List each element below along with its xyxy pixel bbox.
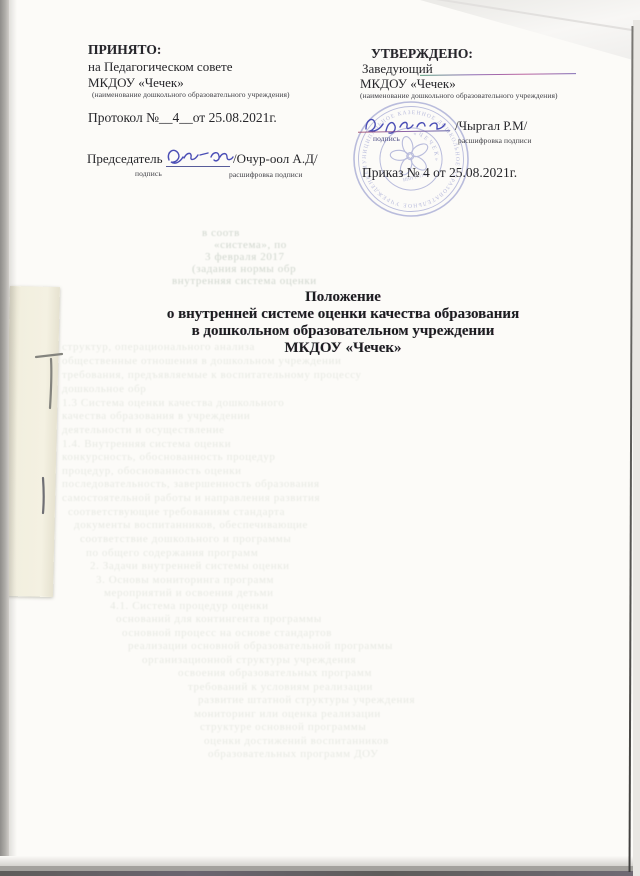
chairman-label: Председатель [87, 152, 163, 166]
bleed-line: оценки достижений воспитанников [204, 735, 454, 747]
staple-top-leg [50, 359, 51, 408]
bleed-line: основной процесс на основе стандартов [122, 627, 407, 639]
bleed-line: соответствие дошкольного и программы [80, 533, 400, 545]
head-sig-caption: подпись [373, 134, 400, 143]
bleed-line: 4.1. Система процедур оценки [110, 600, 345, 612]
bleed-line: развитие штатной структуры учреждения [198, 694, 528, 706]
accepted-org-line: МКДОУ «Чечек» [88, 76, 184, 90]
order-line: Приказ № 4 от 25.08.2021г. [362, 166, 517, 180]
bleed-line: последовательность, завершенность образо… [62, 478, 402, 490]
approved-heading: УТВЕРЖДЕНО: [371, 46, 473, 62]
accepted-council-line: на Педагогическом совете [88, 60, 233, 74]
document-title: Положение о внутренней системе оценки ка… [58, 289, 628, 357]
bleed-line: деятельности и осуществление [62, 424, 267, 436]
scan-edge-right-shadow [633, 20, 640, 876]
bleed-line: самостоятельной работы и направления раз… [62, 492, 422, 504]
title-line-3: в дошкольном образовательном учреждении [58, 323, 628, 340]
bleed-line: структуре основной программы [200, 721, 470, 733]
chairman-name-caption: расшифровка подписи [229, 170, 302, 179]
bleed-line: организационной структуры учреждения [142, 654, 542, 666]
title-line-4: МКДОУ «Чечек» [58, 340, 628, 357]
accepted-org-caption: (наименование дошкольного образовательно… [92, 90, 290, 99]
head-name: /Чыргал Р.М/ [455, 119, 527, 133]
bleed-line: 1.3 Система оценки качества дошкольного [62, 397, 327, 409]
scan-edge-bottom-light [0, 856, 640, 866]
bleed-line: мероприятий и освоения детьми [104, 587, 324, 599]
bleed-line: дошкольное обр [62, 383, 172, 395]
chairman-sig-caption: подпись [135, 169, 162, 178]
protocol-line: Протокол №__4__от 25.08.2021г. [88, 111, 277, 125]
head-name-caption: расшифровка подписи [458, 136, 531, 145]
scan-edge-left-shadow [9, 0, 17, 876]
bleed-line: качества образования в учреждении [62, 410, 297, 422]
title-line-2: о внутренней системе оценки качества обр… [58, 306, 628, 323]
bleed-line: мониторинг или оценка реализации [194, 708, 494, 720]
bleed-line: 1.4. Внутренняя система оценки [62, 438, 307, 450]
bleed-line: конкурсность, обоснованность процедур [62, 451, 352, 463]
staples [20, 340, 70, 530]
bleed-line: 2. Задачи внутренней системы оценки [90, 560, 370, 572]
bleed-line: оснований для контингента программы [116, 613, 446, 625]
bleed-line: 3. Основы мониторинга программ [96, 574, 356, 586]
bleed-line: образовательных программ ДОУ [208, 748, 448, 760]
approved-org-line: МКДОУ «Чечек» [360, 77, 456, 91]
bleed-line: процедур, обоснованность оценки [62, 465, 312, 477]
bleed-line: реализации основной образовательной прог… [128, 640, 508, 652]
title-line-1: Положение [58, 289, 628, 306]
chairman-signature-line [166, 166, 230, 167]
bleed-line: требования, предъявляемые к воспитательн… [62, 369, 372, 381]
bleed-line: соответствующие требованиям стандарта [68, 506, 378, 518]
bleed-line: документы воспитанников, обеспечивающие [74, 519, 404, 531]
approved-org-caption: (наименование дошкольного образовательно… [360, 91, 558, 100]
scan-edge-left [0, 0, 9, 876]
scan-edge-bottom-dark [0, 871, 640, 876]
staple-bottom [43, 478, 44, 513]
staple-top-bar [36, 354, 62, 357]
accepted-heading: ПРИНЯТО: [88, 42, 161, 58]
scanned-page: в соотв«система», по3 февраля 2017(задан… [0, 0, 640, 876]
chairman-name: /Очур-оол А.Д/ [233, 152, 318, 166]
bleed-line: по общего содержания программ [86, 547, 296, 559]
bleed-through-body: структур, операционального анализаобщест… [0, 0, 640, 876]
bleed-line: требований к условиям реализации [188, 681, 488, 693]
bleed-line: освоения образовательных программ [178, 667, 428, 679]
